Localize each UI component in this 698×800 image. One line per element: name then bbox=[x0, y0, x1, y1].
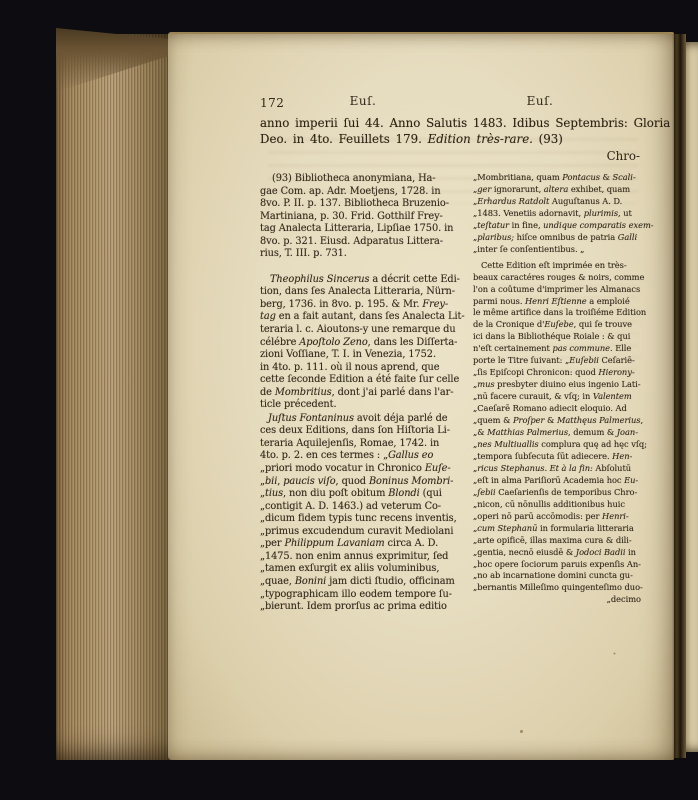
italic-text: teſtatur bbox=[477, 220, 509, 230]
text: hiſce omnibus de patria bbox=[514, 232, 618, 242]
text: „contigit A. D. 1463.) ad veterum Co- bbox=[260, 501, 441, 512]
text: a décrit cette Edi- bbox=[369, 274, 459, 285]
text: , non diu poſt obitum bbox=[283, 488, 388, 499]
text-line: „nes Multiuallis complura quę ad hęc vſq… bbox=[473, 439, 641, 451]
text: „tempora ſubſecuta ſūt adiecere. bbox=[473, 451, 612, 461]
italic-text: Philippum Lavaniam bbox=[284, 538, 384, 549]
italic-text: plurimis bbox=[584, 208, 618, 218]
italic-text: Eu- bbox=[624, 475, 638, 485]
text: & bbox=[544, 415, 557, 425]
text-line: zioni Voſſiane, T. I. in Venezia, 1752. bbox=[260, 349, 464, 362]
text: „gentia, necnō eiusdē & bbox=[473, 547, 576, 557]
text: ces deux Editions, dans ſon Hiſtoria Li- bbox=[260, 425, 450, 436]
text: „decimo bbox=[607, 594, 641, 604]
ink-show-through bbox=[268, 138, 638, 204]
text: ticle précedent. bbox=[260, 399, 336, 410]
italic-text: tius bbox=[265, 488, 283, 499]
text-line: „primus excudendum curavit Mediolani bbox=[260, 526, 464, 539]
text: en a fait autant, dans ſes Analecta Lit- bbox=[276, 311, 465, 322]
text: in fine, bbox=[509, 220, 543, 230]
text-line: ticle précedent. bbox=[260, 399, 464, 412]
italic-text: cum Stephanū bbox=[477, 523, 537, 533]
text-line: ces deux Editions, dans ſon Hiſtoria Li- bbox=[260, 425, 464, 438]
text: „1475. non enim annus exprimitur, ſed bbox=[260, 551, 448, 562]
text: tag Analecta Litteraria, Lipſiae 1750. i… bbox=[260, 223, 453, 234]
italic-text: tag bbox=[260, 311, 276, 322]
italic-text: Proſper bbox=[513, 415, 544, 425]
text: „hoc opere ſociorum paruis expenſis An- bbox=[473, 559, 641, 569]
text-line: tag Analecta Litteraria, Lipſiae 1750. i… bbox=[260, 223, 464, 236]
text-line: „hoc opere ſociorum paruis expenſis An- bbox=[473, 559, 641, 571]
italic-text: Et à la fin: bbox=[550, 463, 593, 473]
text-line: „bierunt. Idem prorſus ac prima editio bbox=[260, 601, 464, 614]
text: „nū facere curauit, & vſq; in bbox=[473, 391, 593, 401]
text: in formularia litteraria bbox=[537, 523, 633, 533]
text-line: Juſtus Fontaninus avoit déja parlé de bbox=[260, 413, 464, 426]
italic-text: Valentem bbox=[593, 391, 632, 401]
text: „quae, bbox=[260, 576, 295, 587]
text-line: „contigit A. D. 1463.) ad veterum Co- bbox=[260, 501, 464, 514]
text-line: „tius, non diu poſt obitum Blondi (qui bbox=[260, 488, 464, 501]
text: „dicum fidem typis tunc recens inventis, bbox=[260, 513, 457, 524]
italic-text: Jodoci Badii bbox=[576, 547, 626, 557]
text: Cette Edition eſt imprimée en très- bbox=[481, 260, 627, 270]
text-line: „no ab incarnatione domini cuncta gu- bbox=[473, 570, 641, 582]
text: circa A. D. bbox=[385, 538, 439, 549]
text-line: „typographicam illo eodem tempore ſu- bbox=[260, 589, 464, 602]
text: beaux caractéres rouges & noirs, comme bbox=[473, 272, 644, 282]
text: „1483. Venetiis adornavit, bbox=[473, 208, 584, 218]
italic-text: mus bbox=[477, 379, 494, 389]
text-line: de Mombritius, dont j'ai parlé dans l'ar… bbox=[260, 387, 464, 400]
text: in 4to. p. 111. où il nous aprend, que bbox=[260, 362, 439, 373]
text-line: „operi nō parū accōmodis: per Henri- bbox=[473, 511, 641, 523]
italic-text: Galli bbox=[618, 232, 637, 242]
italic-text: Juſtus Fontaninus bbox=[268, 413, 354, 424]
italic-text: plaribus; bbox=[477, 232, 514, 242]
text-line: in 4to. p. 111. où il nous aprend, que bbox=[260, 362, 464, 375]
italic-text: nes Multiuallis bbox=[477, 439, 538, 449]
book-fore-edge-pages bbox=[56, 34, 172, 760]
text-line: „gentia, necnō eiusdē & Jodoci Badii in bbox=[473, 547, 641, 559]
binding-gutter-shadow bbox=[672, 34, 686, 758]
italic-text: Mombritius bbox=[275, 387, 332, 398]
text-line: „inter ſe conſentientibus. „ bbox=[473, 244, 641, 256]
text: rius, T. III. p. 731. bbox=[260, 248, 347, 259]
text-line: „per Philippum Lavaniam circa A. D. bbox=[260, 538, 464, 551]
text-line: „bernantis Milleſimo quingenteſimo duo- bbox=[473, 582, 641, 594]
italic-text: Joan- bbox=[617, 427, 638, 437]
text: in bbox=[625, 547, 636, 557]
text: de bbox=[260, 387, 275, 398]
italic-text: ſebii bbox=[477, 487, 495, 497]
fore-edge-top-shadow bbox=[56, 28, 172, 92]
text-line: „mus presbyter diuino eius ingenio Lati- bbox=[473, 379, 641, 391]
text: cette ſeconde Edition a été faite ſur ce… bbox=[260, 374, 459, 385]
text: avoit déja parlé de bbox=[354, 413, 448, 424]
text-line: Martiniana, p. 30. Frid. Gotthilf Frey- bbox=[260, 211, 464, 224]
text-line: tion, dans ſes Analecta Litteraria, Nürn… bbox=[260, 286, 464, 299]
text-line: 4to. p. 2. en ces termes : „Gallus eo bbox=[260, 450, 464, 463]
text: anno imperii ſui 44. Anno Salutis 1483. … bbox=[260, 116, 670, 130]
text: , demum & bbox=[568, 427, 617, 437]
text-line: beaux caractéres rouges & noirs, comme bbox=[473, 272, 641, 284]
italic-text: bii bbox=[265, 476, 277, 487]
text-line: rius, T. III. p. 731. bbox=[260, 248, 464, 261]
text-line: „ſebii Caeſarienſis de temporibus Chro- bbox=[473, 487, 641, 499]
text-line: „nicon, cū nōnullis additionibus huic bbox=[473, 499, 641, 511]
opposite-page-edge bbox=[686, 42, 698, 752]
text: , quod bbox=[336, 476, 369, 487]
scan-background: 172 Euſ. Euſ. anno imperii ſui 44. Anno … bbox=[0, 0, 698, 800]
text-line: tag en a fait autant, dans ſes Analecta … bbox=[260, 311, 464, 324]
text: „per bbox=[260, 538, 284, 549]
text: tion, dans ſes Analecta Litteraria, Nürn… bbox=[260, 286, 455, 297]
text: , ut bbox=[618, 208, 632, 218]
text-line: „quae, Bonini jam dicti ſtudio, officina… bbox=[260, 576, 464, 589]
italic-text: Matthęus Palmerius bbox=[557, 415, 641, 425]
italic-text: Bonini bbox=[295, 576, 326, 587]
text: „bierunt. Idem prorſus ac prima editio bbox=[260, 601, 447, 612]
text: „operi nō parū accōmodis: per bbox=[473, 511, 602, 521]
ink-show-through-2 bbox=[478, 284, 638, 374]
text-line: „tempora ſubſecuta ſūt adiecere. Hen- bbox=[473, 451, 641, 463]
text: „& bbox=[473, 427, 487, 437]
italic-text: Boninus Mombri- bbox=[369, 476, 453, 487]
text: , bbox=[640, 415, 643, 425]
text: „arte opificē, illas maxima cura & dili- bbox=[473, 535, 632, 545]
italic-text: Hen- bbox=[612, 451, 632, 461]
text: . bbox=[544, 463, 549, 473]
text-line: „decimo bbox=[473, 594, 641, 606]
text: „eſt in alma Pariſiorū Academia hoc bbox=[473, 475, 624, 485]
text: zioni Voſſiane, T. I. in Venezia, 1752. bbox=[260, 349, 436, 360]
foxing-spots bbox=[520, 730, 523, 733]
text-line: „1475. non enim annus exprimitur, ſed bbox=[260, 551, 464, 564]
text: Caeſarienſis de temporibus Chro- bbox=[496, 487, 638, 497]
italic-text: Theophilus Sincerus bbox=[270, 274, 369, 285]
text: 4to. p. 2. en ces termes : „ bbox=[260, 450, 388, 461]
text-line: teraria l. c. Aioutons-y une remarque du bbox=[260, 324, 464, 337]
text: Abſolutū bbox=[593, 463, 631, 473]
text-line: „teſtatur in fine, undique comparatis ex… bbox=[473, 220, 641, 232]
book-page: 172 Euſ. Euſ. anno imperii ſui 44. Anno … bbox=[168, 32, 674, 760]
text: „bernantis Milleſimo quingenteſimo duo- bbox=[473, 582, 643, 592]
text-line: 8vo. p. 321. Eiusd. Adparatus Littera- bbox=[260, 236, 464, 249]
text: jam dicti ſtudio, officinam bbox=[326, 576, 454, 587]
paragraph: Theophilus Sincerus a décrit cette Edi-t… bbox=[260, 274, 464, 412]
text-line: teraria Aquilejenſis, Romae, 1742. in bbox=[260, 438, 464, 451]
catchword-bottom: „decimo bbox=[473, 594, 641, 606]
text: , dans les Diſſerta- bbox=[368, 337, 458, 348]
text: „tamen exſurgit ex aliis voluminibus, bbox=[260, 563, 439, 574]
text-line: „quem & Proſper & Matthęus Palmerius, bbox=[473, 415, 641, 427]
text: „Caeſarē Romano adiecit eloquio. Ad bbox=[473, 403, 627, 413]
text-line: „1483. Venetiis adornavit, plurimis, ut bbox=[473, 208, 641, 220]
text-line: „bii, paucis viſo, quod Boninus Mombri- bbox=[260, 476, 464, 489]
text: , dont j'ai parlé dans l'ar- bbox=[332, 387, 454, 398]
text: (qui bbox=[420, 488, 442, 499]
text-line: „arte opificē, illas maxima cura & dili- bbox=[473, 535, 641, 547]
text: teraria Aquilejenſis, Romae, 1742. in bbox=[260, 438, 439, 449]
paragraph: Juſtus Fontaninus avoit déja parlé deces… bbox=[260, 413, 464, 614]
text-line: cette ſeconde Edition a été faite ſur ce… bbox=[260, 374, 464, 387]
text: complura quę ad hęc vſq; bbox=[539, 439, 647, 449]
text-line: Cette Edition eſt imprimée en très- bbox=[473, 260, 641, 272]
text: „no ab incarnatione domini cuncta gu- bbox=[473, 570, 633, 580]
text-line: berg, 1736. in 8vo. p. 195. & Mr. Frey- bbox=[260, 299, 464, 312]
footnote-column-right: „Mombritiana, quam Pontacus & Scali-„ger… bbox=[473, 172, 641, 606]
text-line: „& Matthias Palmerius, demum & Joan- bbox=[473, 427, 641, 439]
text-line: célébre Apoſtolo Zeno, dans les Diſſerta… bbox=[260, 337, 464, 350]
text-line: „tamen exſurgit ex aliis voluminibus, bbox=[260, 563, 464, 576]
italic-text: undique comparatis exem- bbox=[543, 220, 653, 230]
text: presbyter diuino eius ingenio Lati- bbox=[495, 379, 641, 389]
page-number: 172 bbox=[260, 96, 284, 110]
italic-text: ricus Stephanus bbox=[477, 463, 544, 473]
footnote-column-left: (93) Bibliotheca anonymiana, Ha-gae Com.… bbox=[260, 173, 464, 614]
text-line: „eſt in alma Pariſiorū Academia hoc Eu- bbox=[473, 475, 641, 487]
text-line: „nū facere curauit, & vſq; in Valentem bbox=[473, 391, 641, 403]
italic-text: Gallus eo bbox=[388, 450, 433, 461]
text-line: „plaribus; hiſce omnibus de patria Galli bbox=[473, 232, 641, 244]
italic-text: Henri- bbox=[602, 511, 629, 521]
text: „priori modo vocatur in Chronico bbox=[260, 463, 425, 474]
italic-text: Frey- bbox=[422, 299, 448, 310]
text: „inter ſe conſentientibus. „ bbox=[473, 244, 584, 254]
running-head-right: Euſ. bbox=[508, 94, 572, 108]
text: „nicon, cū nōnullis additionibus huic bbox=[473, 499, 625, 509]
text: 8vo. p. 321. Eiusd. Adparatus Littera- bbox=[260, 236, 443, 247]
text-line: „ricus Stephanus. Et à la fin: Abſolutū bbox=[473, 463, 641, 475]
italic-text: paucis viſo bbox=[283, 476, 335, 487]
running-head-left: Euſ. bbox=[331, 94, 395, 108]
text: berg, 1736. in 8vo. p. 195. & Mr. bbox=[260, 299, 422, 310]
text: Martiniana, p. 30. Frid. Gotthilf Frey- bbox=[260, 211, 443, 222]
text-line: „Caeſarē Romano adiecit eloquio. Ad bbox=[473, 403, 641, 415]
text: „quem & bbox=[473, 415, 513, 425]
text-line: anno imperii ſui 44. Anno Salutis 1483. … bbox=[260, 116, 670, 132]
text-line: „priori modo vocatur in Chronico Euſe- bbox=[260, 463, 464, 476]
italic-text: Euſe- bbox=[425, 463, 451, 474]
italic-text: Matthias Palmerius bbox=[487, 427, 568, 437]
italic-text: Apoſtolo Zeno bbox=[299, 337, 367, 348]
text: „primus excudendum curavit Mediolani bbox=[260, 526, 453, 537]
text: célébre bbox=[260, 337, 299, 348]
text: „typographicam illo eodem tempore ſu- bbox=[260, 589, 452, 600]
text-line: Theophilus Sincerus a décrit cette Edi- bbox=[260, 274, 464, 287]
text: teraria l. c. Aioutons-y une remarque du bbox=[260, 324, 456, 335]
italic-text: Blondi bbox=[388, 488, 419, 499]
text-line: „cum Stephanū in formularia litteraria bbox=[473, 523, 641, 535]
text-line: „dicum fidem typis tunc recens inventis, bbox=[260, 513, 464, 526]
